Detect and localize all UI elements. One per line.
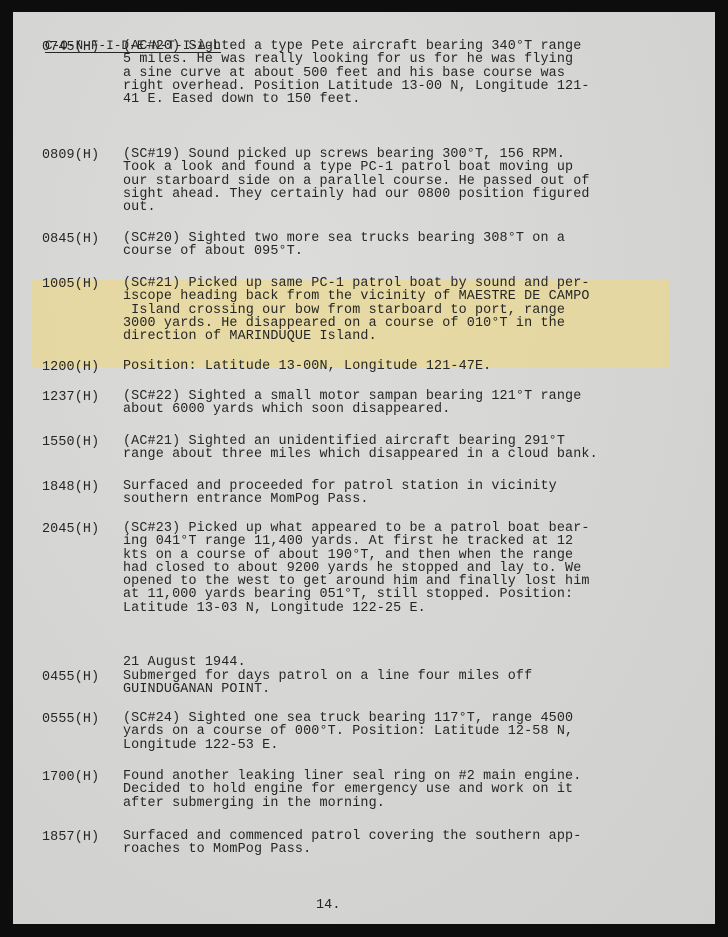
entry-text: (SC#21) Picked up same PC-1 patrol boat … — [123, 277, 683, 343]
entry-line: direction of MARINDUQUE Island. — [123, 330, 683, 343]
entry-line: Submerged for days patrol on a line four… — [123, 670, 683, 683]
entry-line: opened to the west to get around him and… — [123, 575, 683, 588]
date-line: 21 August 1944. — [123, 655, 246, 670]
entry-line: (SC#21) Picked up same PC-1 patrol boat … — [123, 277, 683, 290]
entry-text: (SC#23) Picked up what appeared to be a … — [123, 522, 683, 615]
entry-line: (SC#19) Sound picked up screws bearing 3… — [123, 148, 683, 161]
entry-line: (AC#21) Sighted an unidentified aircraft… — [123, 435, 683, 448]
entry-line: a sine curve at about 500 feet and his b… — [123, 67, 683, 80]
entry-line: Position: Latitude 13-00N, Longitude 121… — [123, 360, 683, 373]
entry-line: kts on a course of about 190°T, and then… — [123, 549, 683, 562]
entry-line: 5 miles. He was really looking for us fo… — [123, 53, 683, 66]
entry-line: southern entrance MomPog Pass. — [123, 493, 683, 506]
entry-text: (SC#19) Sound picked up screws bearing 3… — [123, 148, 683, 214]
entry-text: Surfaced and proceeded for patrol statio… — [123, 480, 683, 507]
entry-time: 0809(H) — [42, 148, 99, 163]
entry-line: (SC#22) Sighted a small motor sampan bea… — [123, 390, 683, 403]
entry-time: 1200(H) — [42, 360, 99, 375]
entry-time: 1848(H) — [42, 480, 99, 495]
entry-text: (SC#24) Sighted one sea truck bearing 11… — [123, 712, 683, 752]
entry-line: (SC#24) Sighted one sea truck bearing 11… — [123, 712, 683, 725]
entry-text: Position: Latitude 13-00N, Longitude 121… — [123, 360, 683, 373]
entry-line: 41 E. Eased down to 150 feet. — [123, 93, 683, 106]
entry-line: Longitude 122-53 E. — [123, 739, 683, 752]
entry-text: Submerged for days patrol on a line four… — [123, 670, 683, 697]
entry-line: at 11,000 yards bearing 051°T, still sto… — [123, 588, 683, 601]
entry-time: 1700(H) — [42, 770, 99, 785]
entry-line: GUINDUGANAN POINT. — [123, 683, 683, 696]
entry-text: (AC#20) Sighted a type Pete aircraft bea… — [123, 40, 683, 106]
entry-line: 3000 yards. He disappeared on a course o… — [123, 317, 683, 330]
entry-line: our starboard side on a parallel course.… — [123, 175, 683, 188]
entry-line: Island crossing our bow from starboard t… — [123, 304, 683, 317]
document-page: C-O-N-F-I-D-E-N-T-I-A-L 0745(H)(AC#20) S… — [13, 12, 715, 924]
entry-line: Surfaced and commenced patrol covering t… — [123, 830, 683, 843]
entry-text: Found another leaking liner seal ring on… — [123, 770, 683, 810]
entry-line: iscope heading back from the vicinity of… — [123, 290, 683, 303]
entry-line: sight ahead. They certainly had our 0800… — [123, 188, 683, 201]
entry-line: Took a look and found a type PC-1 patrol… — [123, 161, 683, 174]
entry-line: Surfaced and proceeded for patrol statio… — [123, 480, 683, 493]
entry-line: right overhead. Position Latitude 13-00 … — [123, 80, 683, 93]
page-number: 14. — [316, 898, 341, 913]
entry-time: 2045(H) — [42, 522, 99, 537]
entry-time: 1005(H) — [42, 277, 99, 292]
entry-text: (AC#21) Sighted an unidentified aircraft… — [123, 435, 683, 462]
entry-line: Decided to hold engine for emergency use… — [123, 783, 683, 796]
entry-line: yards on a course of 000°T. Position: La… — [123, 725, 683, 738]
entry-line: range about three miles which disappeare… — [123, 448, 683, 461]
entry-time: 0455(H) — [42, 670, 99, 685]
entry-line: after submerging in the morning. — [123, 797, 683, 810]
entry-line: out. — [123, 201, 683, 214]
entry-line: about 6000 yards which soon disappeared. — [123, 403, 683, 416]
entry-time: 0745(H) — [42, 40, 99, 55]
entry-time: 0845(H) — [42, 232, 99, 247]
entry-line: roaches to MomPog Pass. — [123, 843, 683, 856]
entry-text: (SC#22) Sighted a small motor sampan bea… — [123, 390, 683, 417]
entry-line: (SC#20) Sighted two more sea trucks bear… — [123, 232, 683, 245]
entry-line: ing 041°T range 11,400 yards. At first h… — [123, 535, 683, 548]
entry-line: (AC#20) Sighted a type Pete aircraft bea… — [123, 40, 683, 53]
entry-text: Surfaced and commenced patrol covering t… — [123, 830, 683, 857]
entry-text: (SC#20) Sighted two more sea trucks bear… — [123, 232, 683, 259]
entry-time: 0555(H) — [42, 712, 99, 727]
entry-line: Found another leaking liner seal ring on… — [123, 770, 683, 783]
entry-line: had closed to about 9200 yards he stoppe… — [123, 562, 683, 575]
entry-line: (SC#23) Picked up what appeared to be a … — [123, 522, 683, 535]
entry-time: 1550(H) — [42, 435, 99, 450]
entry-line: course of about 095°T. — [123, 245, 683, 258]
entry-line: Latitude 13-03 N, Longitude 122-25 E. — [123, 602, 683, 615]
entry-time: 1857(H) — [42, 830, 99, 845]
entry-time: 1237(H) — [42, 390, 99, 405]
